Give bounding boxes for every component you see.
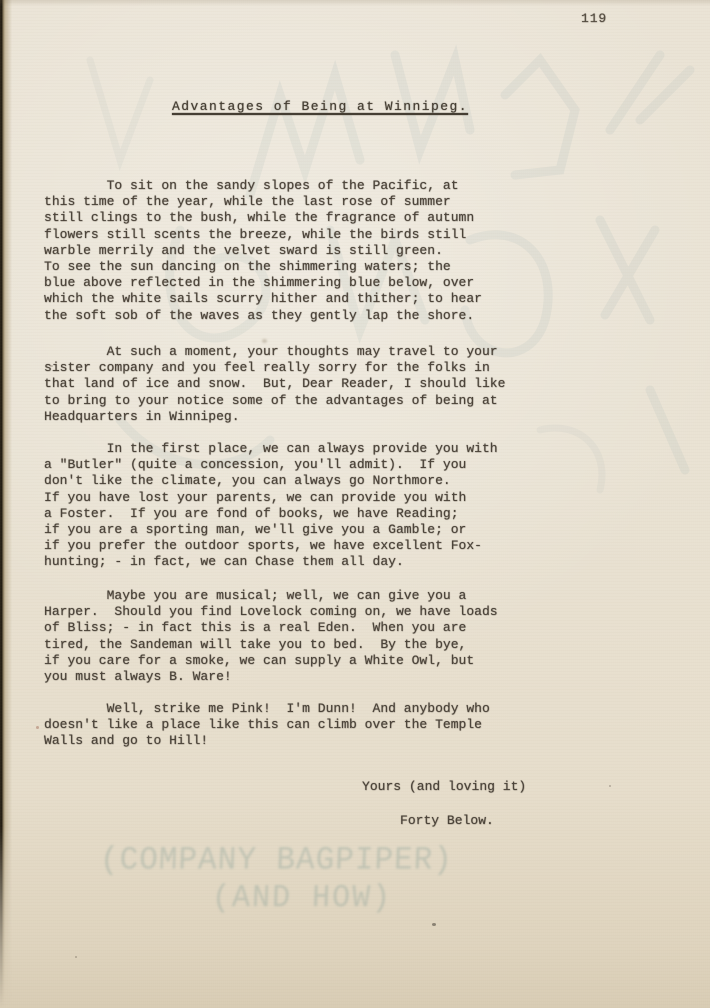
paragraph-2: At such a moment, your thoughts may trav… — [44, 344, 505, 425]
page-top-shadow — [0, 0, 710, 6]
signoff-signature: Forty Below. — [400, 813, 494, 829]
paragraph-1: To sit on the sandy slopes of the Pacifi… — [44, 178, 482, 324]
document-title: Advantages of Being at Winnipeg. — [172, 99, 468, 115]
scanned-document-page: (COMPANY BAGPIPER) (AND HOW) 119 Advanta… — [0, 0, 710, 1008]
smudge-mark — [262, 339, 267, 343]
ink-speck — [36, 726, 39, 729]
ink-speck — [432, 923, 436, 926]
page-gutter-edge — [0, 0, 12, 1008]
ghost-text-line: (AND HOW) — [211, 881, 392, 917]
ink-speck — [75, 956, 77, 958]
paragraph-4: Maybe you are musical; well, we can give… — [44, 588, 498, 685]
paragraph-5: Well, strike me Pink! I'm Dunn! And anyb… — [44, 701, 490, 750]
signoff-valediction: Yours (and loving it) — [362, 779, 526, 795]
paragraph-3: In the first place, we can always provid… — [44, 441, 498, 571]
ghost-text-line: (COMPANY BAGPIPER) — [99, 842, 453, 879]
page-number: 119 — [581, 11, 607, 27]
ink-speck — [609, 785, 611, 787]
